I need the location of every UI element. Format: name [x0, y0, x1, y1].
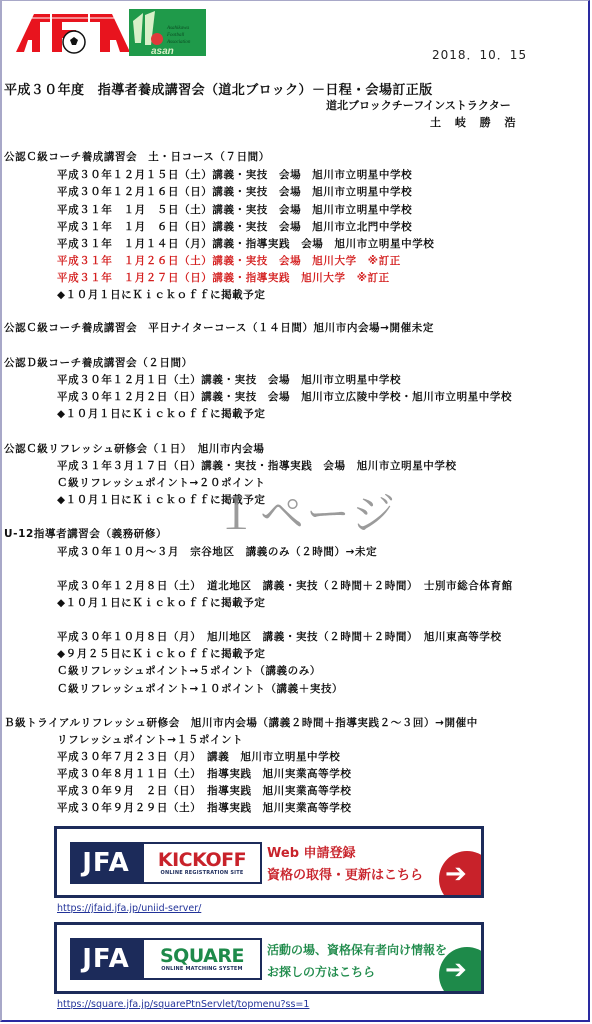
- schedule-line: 平成３１年３月１７日（日）講義・実技・指導実践 会場 旭川市立明星中学校: [57, 459, 457, 473]
- document-date: 2018．10．15: [432, 46, 527, 63]
- schedule-line: 平成３１年 １月 ６日（日）講義・実技 会場 旭川市立北門中学校: [57, 220, 412, 234]
- schedule-line: 平成３０年１２月１６日（日）講義・実技 会場 旭川市立明星中学校: [57, 185, 412, 199]
- points-line: リフレッシュポイント→１５ポイント: [57, 733, 243, 747]
- svg-text:Association: Association: [166, 40, 191, 45]
- square-link[interactable]: https://square.jfa.jp/squarePtnServlet/t…: [57, 999, 309, 1010]
- svg-text:asan: asan: [151, 46, 174, 56]
- jfa-kickoff-banner[interactable]: JFA KICKOFF ONLINE REGISTRATION SITE Web…: [54, 826, 484, 898]
- kickoff-banner-text: Web 申請登録 資格の取得・更新はこちら: [267, 843, 423, 887]
- jfa-square-banner[interactable]: JFA SQUARE ONLINE MATCHING SYSTEM 活動の場、資…: [54, 922, 484, 994]
- arrow-right-icon[interactable]: ➔: [439, 947, 484, 994]
- kickoff-note: ◆９月２５日にＫｉｃｋｏｆｆに掲載予定: [57, 647, 265, 661]
- schedule-line: 平成３０年１２月８日（土） 道北地区 講義・実技（２時間＋２時間） 士別市総合体…: [57, 579, 513, 593]
- schedule-line: 平成３０年７月２３日（月） 講義 旭川市立明星中学校: [57, 750, 340, 764]
- square-brand-name: SQUARE: [160, 946, 244, 966]
- square-text-line2: お探しの方はこちら: [267, 961, 447, 983]
- schedule-line: 平成３０年９月 ２日（日） 指導実践 旭川実業高等学校: [57, 784, 351, 798]
- schedule-line: 平成３０年１２月１日（土）講義・実技 会場 旭川市立明星中学校: [57, 373, 401, 387]
- schedule-line: 平成３０年１０月８日（月） 旭川地区 講義・実技（２時間＋２時間） 旭川東高等学…: [57, 630, 502, 644]
- square-brand: SQUARE ONLINE MATCHING SYSTEM: [142, 938, 262, 980]
- kickoff-note: ◆１０月１日にＫｉｃｋｏｆｆに掲載予定: [57, 288, 265, 302]
- section-heading: 公認Ｃ級コーチ養成講習会 平日ナイターコース（１４日間）旭川市内会場→開催未定: [4, 321, 434, 335]
- author-name: 土 岐 勝 浩: [430, 114, 521, 130]
- jfa-logo: JFA: [70, 842, 142, 884]
- square-brand-sub: ONLINE MATCHING SYSTEM: [161, 966, 242, 972]
- points-line: Ｃ級リフレッシュポイント→５ポイント（講義のみ）: [57, 664, 321, 678]
- section-heading: 公認Ｃ級コーチ養成講習会 土・日コース（７日間）: [4, 150, 270, 164]
- kickoff-note: ◆１０月１日にＫｉｃｋｏｆｆに掲載予定: [57, 407, 265, 421]
- afa-logo: [16, 12, 130, 54]
- schedule-line: 平成３０年１０月～３月 宗谷地区 講義のみ（２時間）→未定: [57, 545, 377, 559]
- schedule-line-corrected: 平成３１年 １月２６日（土）講義・実技 会場 旭川大学 ※訂正: [57, 254, 401, 268]
- kickoff-text-line1: Web 申請登録: [267, 843, 423, 865]
- document-title: 平成３０年度 指導者養成講習会（道北ブロック）－日程・会場訂正版: [4, 79, 433, 98]
- svg-text:Football: Football: [166, 33, 185, 38]
- svg-text:Asahikawa: Asahikawa: [166, 26, 189, 31]
- kickoff-brand-sub: ONLINE REGISTRATION SITE: [161, 870, 244, 876]
- kickoff-link[interactable]: https://jfaid.jfa.jp/uniid-server/: [57, 903, 201, 914]
- schedule-line: 平成３０年１２月１５日（土）講義・実技 会場 旭川市立明星中学校: [57, 168, 412, 182]
- schedule-line: 平成３０年８月１１日（土） 指導実践 旭川実業高等学校: [57, 767, 351, 781]
- kickoff-brand: KICKOFF ONLINE REGISTRATION SITE: [142, 842, 262, 884]
- points-line: Ｃ級リフレッシュポイント→１０ポイント（講義＋実技）: [57, 682, 343, 696]
- kickoff-brand-name: KICKOFF: [158, 850, 246, 870]
- schedule-line: 平成３１年 １月 ５日（土）講義・実技 会場 旭川市立明星中学校: [57, 203, 412, 217]
- page-watermark: １ページ: [214, 478, 397, 542]
- schedule-line-corrected: 平成３１年 １月２７日（日）講義・指導実践 旭川大学 ※訂正: [57, 271, 390, 285]
- section-heading: 公認Ｃ級リフレッシュ研修会（１日） 旭川市内会場: [4, 442, 264, 456]
- section-heading: 公認Ｄ級コーチ養成講習会（２日間）: [4, 356, 193, 370]
- section-heading: U-12指導者講習会（義務研修）: [4, 527, 167, 541]
- jfa-logo: JFA: [70, 938, 142, 980]
- square-banner-text: 活動の場、資格保有者向け情報を お探しの方はこちら: [267, 939, 447, 983]
- section-heading: Ｂ級トライアルリフレッシュ研修会 旭川市内会場（講義２時間＋指導実践２～３回）→…: [4, 716, 478, 730]
- schedule-line: 平成３１年 １月１４日（月）講義・指導実践 会場 旭川市立明星中学校: [57, 237, 434, 251]
- arrow-right-icon[interactable]: ➔: [439, 851, 484, 898]
- kickoff-text-line2: 資格の取得・更新はこちら: [267, 865, 423, 887]
- schedule-line: 平成３０年１２月２日（日）講義・実技 会場 旭川市立広陵中学校・旭川市立明星中学…: [57, 390, 512, 404]
- author-role: 道北ブロックチーフインストラクター: [326, 97, 511, 113]
- asahikawa-fa-logo: Asahikawa Football Association asan: [129, 9, 206, 56]
- kickoff-note: ◆１０月１日にＫｉｃｋｏｆｆに掲載予定: [57, 596, 265, 610]
- square-text-line1: 活動の場、資格保有者向け情報を: [267, 939, 447, 961]
- schedule-line: 平成３０年９月２９日（土） 指導実践 旭川実業高等学校: [57, 801, 351, 815]
